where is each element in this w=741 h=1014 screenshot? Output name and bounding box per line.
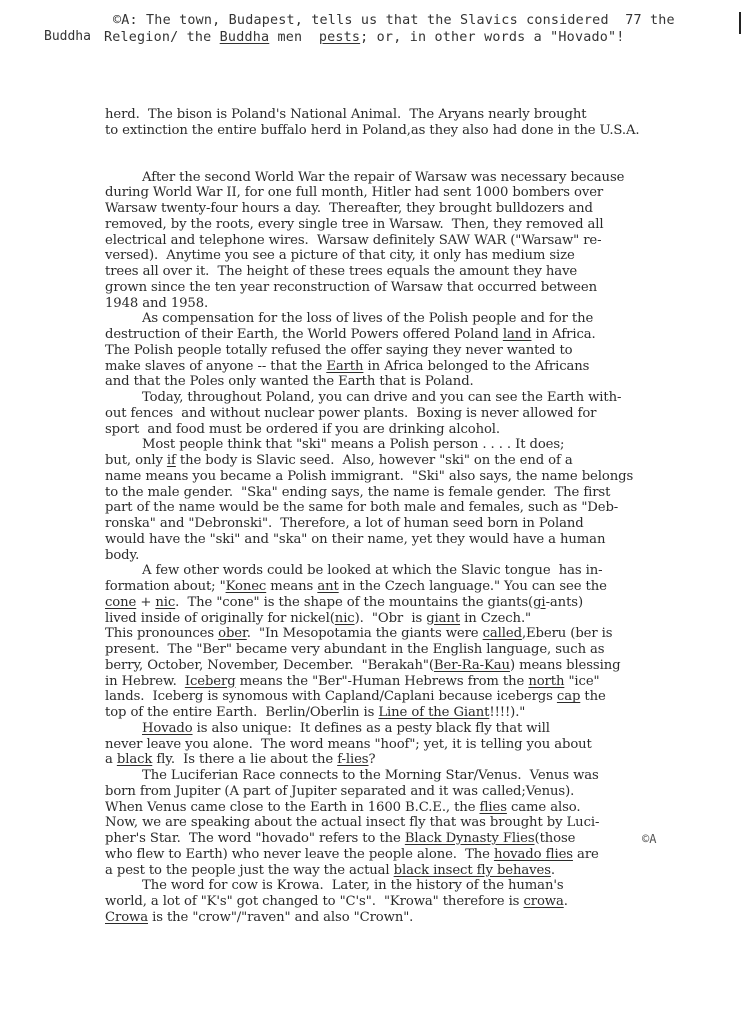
underlined-buddha: Buddha <box>220 30 270 45</box>
text-line: destruction of their Earth, the World Po… <box>105 327 725 343</box>
text-line: Most people think that "ski" means a Pol… <box>105 437 725 453</box>
underlined-text: Iceberg <box>185 674 236 689</box>
underlined-text: Line of the Giant <box>378 705 489 720</box>
underlined-text: hovado flies <box>494 847 573 862</box>
text-line: lands. Iceberg is synomous with Capland/… <box>105 689 725 705</box>
underlined-text: cap <box>557 689 580 704</box>
paragraph: Hovado is also unique: It defines as a p… <box>105 721 725 768</box>
underlined-text: Ber-Ra-Kau <box>434 658 510 673</box>
text-line: As compensation for the loss of lives of… <box>105 311 725 327</box>
text-line: A few other words could be looked at whi… <box>105 563 725 579</box>
text-line: to extinction the entire buffalo herd in… <box>105 123 725 139</box>
text-line: versed). Anytime you see a picture of th… <box>105 248 725 264</box>
text-line: herd. The bison is Poland's National Ani… <box>105 107 725 123</box>
underlined-pests: pests <box>319 30 360 45</box>
underlined-text: giant <box>426 611 460 626</box>
underlined-text: nic <box>155 595 175 610</box>
underlined-text: gi <box>533 595 545 610</box>
paragraph: After the second World War the repair of… <box>105 170 725 312</box>
underlined-text: flies <box>480 800 507 815</box>
text-line: berry, October, November, December. "Ber… <box>105 658 725 674</box>
text-line: When Venus came close to the Earth in 16… <box>105 800 725 816</box>
text-line: ronska" and "Debronski". Therefore, a lo… <box>105 516 725 532</box>
text-line: pher's Star. The word "hovado" refers to… <box>105 831 725 847</box>
text-line: body. <box>105 548 725 564</box>
text-line: part of the name would be the same for b… <box>105 500 725 516</box>
text-line: sport and food must be ordered if you ar… <box>105 422 725 438</box>
text-line: who flew to Earth) who never leave the p… <box>105 847 725 863</box>
underlined-text: black <box>117 752 152 767</box>
text-line: The Polish people totally refused the of… <box>105 343 725 359</box>
underlined-text: called <box>483 626 522 641</box>
text-line: trees all over it. The height of these t… <box>105 264 725 280</box>
text-line: grown since the ten year reconstruction … <box>105 280 725 296</box>
header-line-1: ©A: The town, Budapest, tells us that th… <box>113 12 675 29</box>
paragraph: Most people think that "ski" means a Pol… <box>105 437 725 563</box>
text-line: name means you became a Polish immigrant… <box>105 469 725 485</box>
text-line: never leave you alone. The word means "h… <box>105 737 725 753</box>
text-line: Crowa is the "crow"/"raven" and also "Cr… <box>105 910 725 926</box>
underlined-text: Black Dynasty Flies <box>405 831 535 846</box>
text-line: world, a lot of "K's" got changed to "C'… <box>105 894 725 910</box>
text-line: to the male gender. "Ska" ending says, t… <box>105 485 725 501</box>
underlined-text: land <box>503 327 532 342</box>
text-line: and that the Poles only wanted the Earth… <box>105 374 725 390</box>
text-line: top of the entire Earth. Berlin/Oberlin … <box>105 705 725 721</box>
text-line: born from Jupiter (A part of Jupiter sep… <box>105 784 725 800</box>
text-line: Now, we are speaking about the actual in… <box>105 815 725 831</box>
text-line: The word for cow is Krowa. Later, in the… <box>105 878 725 894</box>
underlined-text: crowa <box>523 894 563 909</box>
text-line: present. The "Ber" became very abundant … <box>105 642 725 658</box>
margin-note: Buddha <box>44 29 91 44</box>
text-line: during World War II, for one full month,… <box>105 185 725 201</box>
author-initials: ©A <box>642 832 656 846</box>
document-body: herd. The bison is Poland's National Ani… <box>105 107 725 926</box>
text-line: 1948 and 1958. <box>105 296 725 312</box>
underlined-text: ant <box>317 579 338 594</box>
underlined-text: nic <box>335 611 355 626</box>
text-line: removed, by the roots, every single tree… <box>105 217 725 233</box>
underlined-text: ober <box>218 626 247 641</box>
text-line: Today, throughout Poland, you can drive … <box>105 390 725 406</box>
text-line: in Hebrew. Iceberg means the "Ber"-Human… <box>105 674 725 690</box>
text-line: This pronounces ober. "In Mesopotamia th… <box>105 626 725 642</box>
underlined-text: north <box>528 674 564 689</box>
text-line: out fences and without nuclear power pla… <box>105 406 725 422</box>
paragraph-gap <box>105 139 725 170</box>
paragraph: herd. The bison is Poland's National Ani… <box>105 107 725 139</box>
text-line: a black fly. Is there a lie about the f-… <box>105 752 725 768</box>
text-line: The Luciferian Race connects to the Morn… <box>105 768 725 784</box>
underlined-text: cone <box>105 595 136 610</box>
text-line: cone + nic. The "cone" is the shape of t… <box>105 595 725 611</box>
text-line: Hovado is also unique: It defines as a p… <box>105 721 725 737</box>
text-line: electrical and telephone wires. Warsaw d… <box>105 233 725 249</box>
underlined-text: Earth <box>326 359 363 374</box>
underlined-text: black insect fly behaves <box>394 863 551 878</box>
text-line: After the second World War the repair of… <box>105 170 725 186</box>
text-line: but, only if the body is Slavic seed. Al… <box>105 453 725 469</box>
paragraph: A few other words could be looked at whi… <box>105 563 725 721</box>
paragraph: Today, throughout Poland, you can drive … <box>105 390 725 437</box>
header-line-2: Relegion/ the Buddha men pests; or, in o… <box>104 29 625 46</box>
text-line: Warsaw twenty-four hours a day. Thereaft… <box>105 201 725 217</box>
text-line: make slaves of anyone -- that the Earth … <box>105 359 725 375</box>
underlined-text: Crowa <box>105 910 148 925</box>
underlined-text: Hovado <box>142 721 193 736</box>
paragraph: The Luciferian Race connects to the Morn… <box>105 768 725 878</box>
text-line: would have the "ski" and "ska" on their … <box>105 532 725 548</box>
text-line: lived inside of originally for nickel(ni… <box>105 611 725 627</box>
text-line: formation about; "Konec means ant in the… <box>105 579 725 595</box>
paragraph: The word for cow is Krowa. Later, in the… <box>105 878 725 925</box>
underlined-text: if <box>167 453 176 468</box>
text-line: a pest to the people just the way the ac… <box>105 863 725 879</box>
underlined-text: f-lies <box>337 752 368 767</box>
paragraph: As compensation for the loss of lives of… <box>105 311 725 390</box>
underlined-text: Konec <box>226 579 267 594</box>
